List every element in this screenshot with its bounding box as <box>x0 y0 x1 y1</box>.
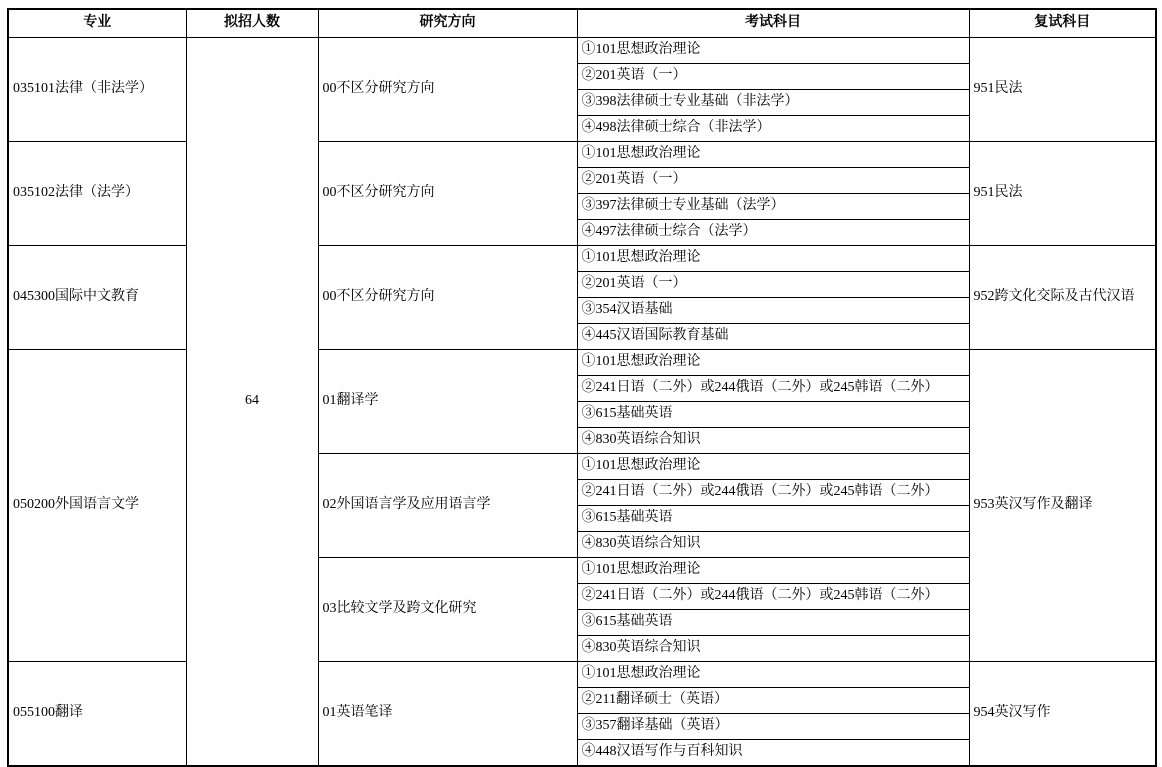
table-body: 035101法律（非法学）6400不区分研究方向①101思想政治理论951民法②… <box>8 38 1156 767</box>
subject-cell: ③615基础英语 <box>577 610 969 636</box>
subject-cell: ③615基础英语 <box>577 506 969 532</box>
subject-cell: ④448汉语写作与百科知识 <box>577 740 969 767</box>
subject-cell: ②241日语（二外）或244俄语（二外）或245韩语（二外） <box>577 584 969 610</box>
direction-cell: 03比较文学及跨文化研究 <box>318 558 577 662</box>
major-cell: 035101法律（非法学） <box>8 38 186 142</box>
admissions-table-container: 专业 拟招人数 研究方向 考试科目 复试科目 035101法律（非法学）6400… <box>7 8 1157 767</box>
table-row: 035102法律（法学）00不区分研究方向①101思想政治理论951民法 <box>8 142 1156 168</box>
header-exam-subjects: 考试科目 <box>577 9 969 38</box>
direction-cell: 01英语笔译 <box>318 662 577 767</box>
subject-cell: ④830英语综合知识 <box>577 636 969 662</box>
header-direction: 研究方向 <box>318 9 577 38</box>
subject-cell: ②201英语（一） <box>577 168 969 194</box>
subject-cell: ③357翻译基础（英语） <box>577 714 969 740</box>
subject-cell: ③398法律硕士专业基础（非法学） <box>577 90 969 116</box>
subject-cell: ③397法律硕士专业基础（法学） <box>577 194 969 220</box>
subject-cell: ①101思想政治理论 <box>577 662 969 688</box>
subject-cell: ②201英语（一） <box>577 64 969 90</box>
subject-cell: ④497法律硕士综合（法学） <box>577 220 969 246</box>
subject-cell: ①101思想政治理论 <box>577 38 969 64</box>
table-row: 050200外国语言文学01翻译学①101思想政治理论953英汉写作及翻译 <box>8 350 1156 376</box>
admissions-table: 专业 拟招人数 研究方向 考试科目 复试科目 035101法律（非法学）6400… <box>7 8 1157 767</box>
subject-cell: ①101思想政治理论 <box>577 246 969 272</box>
subject-cell: ①101思想政治理论 <box>577 350 969 376</box>
retest-cell: 951民法 <box>969 38 1156 142</box>
direction-cell: 01翻译学 <box>318 350 577 454</box>
subject-cell: ④445汉语国际教育基础 <box>577 324 969 350</box>
direction-cell: 02外国语言学及应用语言学 <box>318 454 577 558</box>
subject-cell: ①101思想政治理论 <box>577 558 969 584</box>
retest-cell: 954英汉写作 <box>969 662 1156 767</box>
enrollment-cell: 64 <box>186 38 318 767</box>
major-cell: 050200外国语言文学 <box>8 350 186 662</box>
retest-cell: 951民法 <box>969 142 1156 246</box>
table-row: 045300国际中文教育00不区分研究方向①101思想政治理论952跨文化交际及… <box>8 246 1156 272</box>
header-retest-subjects: 复试科目 <box>969 9 1156 38</box>
table-row: 055100翻译01英语笔译①101思想政治理论954英汉写作 <box>8 662 1156 688</box>
subject-cell: ②211翻译硕士（英语） <box>577 688 969 714</box>
subject-cell: ④830英语综合知识 <box>577 532 969 558</box>
subject-cell: ③615基础英语 <box>577 402 969 428</box>
retest-cell: 953英汉写作及翻译 <box>969 350 1156 662</box>
subject-cell: ②201英语（一） <box>577 272 969 298</box>
table-row: 035101法律（非法学）6400不区分研究方向①101思想政治理论951民法 <box>8 38 1156 64</box>
header-major: 专业 <box>8 9 186 38</box>
major-cell: 045300国际中文教育 <box>8 246 186 350</box>
subject-cell: ④830英语综合知识 <box>577 428 969 454</box>
direction-cell: 00不区分研究方向 <box>318 142 577 246</box>
subject-cell: ①101思想政治理论 <box>577 142 969 168</box>
subject-cell: ①101思想政治理论 <box>577 454 969 480</box>
direction-cell: 00不区分研究方向 <box>318 246 577 350</box>
subject-cell: ③354汉语基础 <box>577 298 969 324</box>
direction-cell: 00不区分研究方向 <box>318 38 577 142</box>
major-cell: 035102法律（法学） <box>8 142 186 246</box>
major-cell: 055100翻译 <box>8 662 186 767</box>
retest-cell: 952跨文化交际及古代汉语 <box>969 246 1156 350</box>
header-enrollment: 拟招人数 <box>186 9 318 38</box>
subject-cell: ②241日语（二外）或244俄语（二外）或245韩语（二外） <box>577 480 969 506</box>
subject-cell: ②241日语（二外）或244俄语（二外）或245韩语（二外） <box>577 376 969 402</box>
header-row: 专业 拟招人数 研究方向 考试科目 复试科目 <box>8 9 1156 38</box>
subject-cell: ④498法律硕士综合（非法学） <box>577 116 969 142</box>
